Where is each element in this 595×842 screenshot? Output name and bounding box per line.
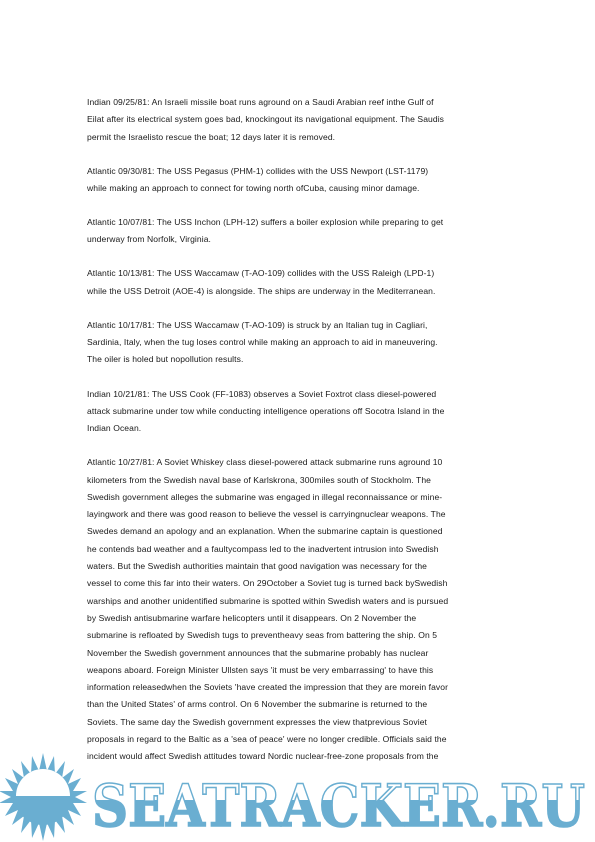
entry-line: The oiler is holed but nopollution resul… [87, 351, 512, 368]
entry-line: information releasedwhen the Soviets 'ha… [87, 679, 512, 696]
entry-line: Atlantic 10/27/81: A Soviet Whiskey clas… [87, 454, 512, 471]
incident-entry: Atlantic 10/27/81: A Soviet Whiskey clas… [87, 454, 512, 765]
entry-line: Swedish government alleges the submarine… [87, 489, 512, 506]
entry-line: Atlantic 10/07/81: The USS Inchon (LPH-1… [87, 214, 512, 231]
entry-line: Indian Ocean. [87, 420, 512, 437]
entry-line: vessel to come this far into their water… [87, 575, 512, 592]
incident-entry: Indian 10/21/81: The USS Cook (FF-1083) … [87, 386, 512, 438]
incident-entry: Atlantic 10/07/81: The USS Inchon (LPH-1… [87, 214, 512, 249]
document-body: Indian 09/25/81: An Israeli missile boat… [87, 94, 512, 782]
entry-line: underway from Norfolk, Virginia. [87, 231, 512, 248]
seatracker-wordmark: SEATRACKER.RU SEATRACKER.RU [92, 772, 585, 840]
entry-line: warships and another unidentified submar… [87, 593, 512, 610]
sun-icon [0, 753, 87, 841]
entry-line: November the Swedish government announce… [87, 645, 512, 662]
entry-line: while the USS Detroit (AOE-4) is alongsi… [87, 283, 512, 300]
entry-line: Eilat after its electrical system goes b… [87, 111, 512, 128]
entry-line: proposals in regard to the Baltic as a '… [87, 731, 512, 748]
entry-line: Atlantic 09/30/81: The USS Pegasus (PHM-… [87, 163, 512, 180]
seatracker-watermark: SEATRACKER.RU SEATRACKER.RU [0, 750, 595, 842]
entry-line: Indian 10/21/81: The USS Cook (FF-1083) … [87, 386, 512, 403]
entry-line: by Swedish antisubmarine warfare helicop… [87, 610, 512, 627]
document-page: Indian 09/25/81: An Israeli missile boat… [0, 0, 595, 842]
entry-line: Sardinia, Italy, when the tug loses cont… [87, 334, 512, 351]
entry-line: attack submarine under tow while conduct… [87, 403, 512, 420]
entry-line: Soviets. The same day the Swedish govern… [87, 714, 512, 731]
entry-line: kilometers from the Swedish naval base o… [87, 472, 512, 489]
entry-line: weapons aboard. Foreign Minister Ullsten… [87, 662, 512, 679]
entry-line: Swedes demand an apology and an explanat… [87, 523, 512, 540]
entry-line: than the United States' of arms control.… [87, 696, 512, 713]
entry-line: Atlantic 10/17/81: The USS Waccamaw (T-A… [87, 317, 512, 334]
incident-entry: Atlantic 09/30/81: The USS Pegasus (PHM-… [87, 163, 512, 198]
entry-line: layingwork and there was good reason to … [87, 506, 512, 523]
entry-line: Atlantic 10/13/81: The USS Waccamaw (T-A… [87, 265, 512, 282]
entry-line: he contends bad weather and a faultycomp… [87, 541, 512, 558]
entry-line: waters. But the Swedish authorities main… [87, 558, 512, 575]
incident-entry: Atlantic 10/17/81: The USS Waccamaw (T-A… [87, 317, 512, 369]
entry-line: Indian 09/25/81: An Israeli missile boat… [87, 94, 512, 111]
entry-line: while making an approach to connect for … [87, 180, 512, 197]
entry-line: permit the Israelisto rescue the boat; 1… [87, 129, 512, 146]
entry-line: submarine is refloated by Swedish tugs t… [87, 627, 512, 644]
incident-entry: Indian 09/25/81: An Israeli missile boat… [87, 94, 512, 146]
incident-entry: Atlantic 10/13/81: The USS Waccamaw (T-A… [87, 265, 512, 300]
